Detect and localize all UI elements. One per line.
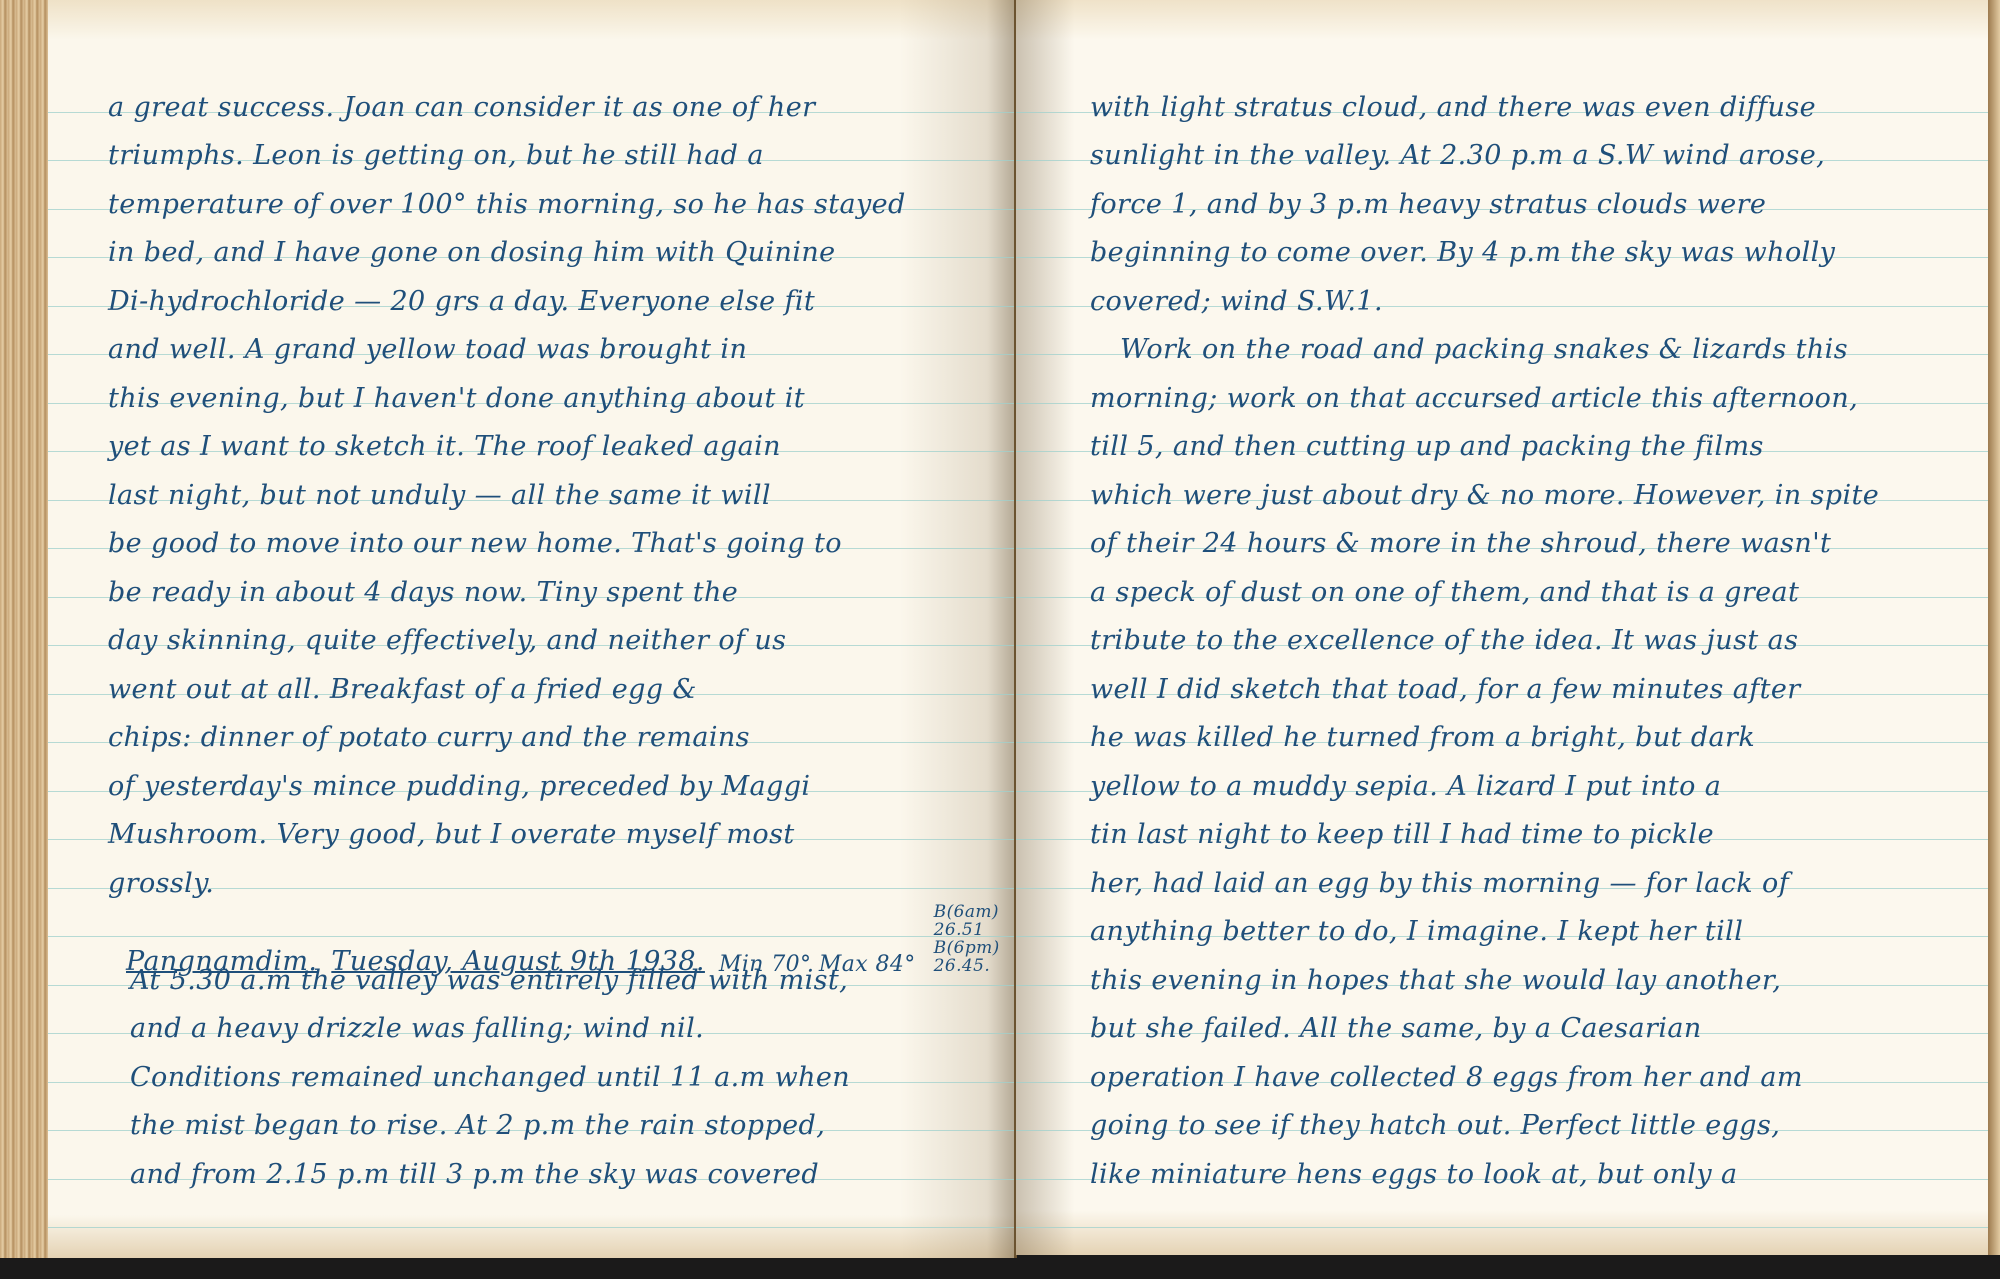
text-line: well I did sketch that toad, for a few m… [1090,674,1801,705]
barometer-readings: B(6am) 26.51 B(6pm) 26.45. [934,903,1000,975]
page-edges-right [1988,0,2000,1255]
text-line: and from 2.15 p.m till 3 p.m the sky was… [130,1159,819,1190]
text-line: grossly. [108,868,214,899]
pressure-pm-value: 26.45. [934,957,1000,975]
text-line: of their 24 hours & more in the shroud, … [1090,528,1831,559]
text-line: which were just about dry & no more. How… [1090,480,1879,511]
text-line: anything better to do, I imagine. I kept… [1090,916,1743,947]
text-line: her, had laid an egg by this morning — f… [1090,868,1789,899]
text-line: be ready in about 4 days now. Tiny spent… [108,577,738,608]
text-line: went out at all. Breakfast of a fried eg… [108,674,697,705]
text-line: be good to move into our new home. That'… [108,528,842,559]
pressure-pm-label: B(6pm) [934,939,1000,957]
text-line: Work on the road and packing snakes & li… [1120,334,1848,365]
text-line: force 1, and by 3 p.m heavy stratus clou… [1090,189,1766,220]
text-line: tin last night to keep till I had time t… [1090,819,1714,850]
text-line: chips: dinner of potato curry and the re… [108,722,750,753]
text-line: going to see if they hatch out. Perfect … [1090,1110,1780,1141]
text-line: he was killed he turned from a bright, b… [1090,722,1755,753]
text-line: tribute to the excellence of the idea. I… [1090,625,1798,656]
text-line: but she failed. All the same, by a Caesa… [1090,1013,1702,1044]
text-line: yellow to a muddy sepia. A lizard I put … [1090,771,1721,802]
open-notebook: a great success. Joan can consider it as… [0,0,2000,1262]
text-line: covered; wind S.W.1. [1090,286,1383,317]
text-line: Di-hydrochloride — 20 grs a day. Everyon… [108,286,815,317]
right-page: with light stratus cloud, and there was … [1016,0,1988,1255]
text-line: and a heavy drizzle was falling; wind ni… [130,1013,704,1044]
text-line: day skinning, quite effectively, and nei… [108,625,786,656]
text-line: temperature of over 100° this morning, s… [108,189,906,220]
text-line: a great success. Joan can consider it as… [108,92,815,123]
text-line: of yesterday's mince pudding, preceded b… [108,771,810,802]
text-line: triumphs. Leon is getting on, but he sti… [108,140,764,171]
text-line: morning; work on that accursed article t… [1090,383,1858,414]
pressure-am-label: B(6am) [934,903,1000,921]
text-line: the mist began to rise. At 2 p.m the rai… [130,1110,825,1141]
text-line: with light stratus cloud, and there was … [1090,92,1816,123]
text-line: beginning to come over. By 4 p.m the sky… [1090,237,1835,268]
text-line: this evening in hopes that she would lay… [1090,965,1781,996]
text-line: sunlight in the valley. At 2.30 p.m a S.… [1090,140,1825,171]
text-line: like miniature hens eggs to look at, but… [1090,1159,1737,1190]
text-line: this evening, but I haven't done anythin… [108,383,805,414]
left-page: a great success. Joan can consider it as… [48,0,1016,1258]
text-line: last night, but not unduly — all the sam… [108,480,771,511]
text-line: Conditions remained unchanged until 11 a… [130,1062,850,1093]
text-line: in bed, and I have gone on dosing him wi… [108,237,836,268]
text-line: yet as I want to sketch it. The roof lea… [108,431,781,462]
text-line: Mushroom. Very good, but I overate mysel… [108,819,795,850]
text-line: and well. A grand yellow toad was brough… [108,334,747,365]
text-line: till 5, and then cutting up and packing … [1090,431,1764,462]
text-line: a speck of dust on one of them, and that… [1090,577,1799,608]
text-line: At 5.30 a.m the valley was entirely fill… [130,965,848,996]
pressure-am-value: 26.51 [934,921,1000,939]
page-edges-left [0,0,50,1258]
text-line: operation I have collected 8 eggs from h… [1090,1062,1803,1093]
